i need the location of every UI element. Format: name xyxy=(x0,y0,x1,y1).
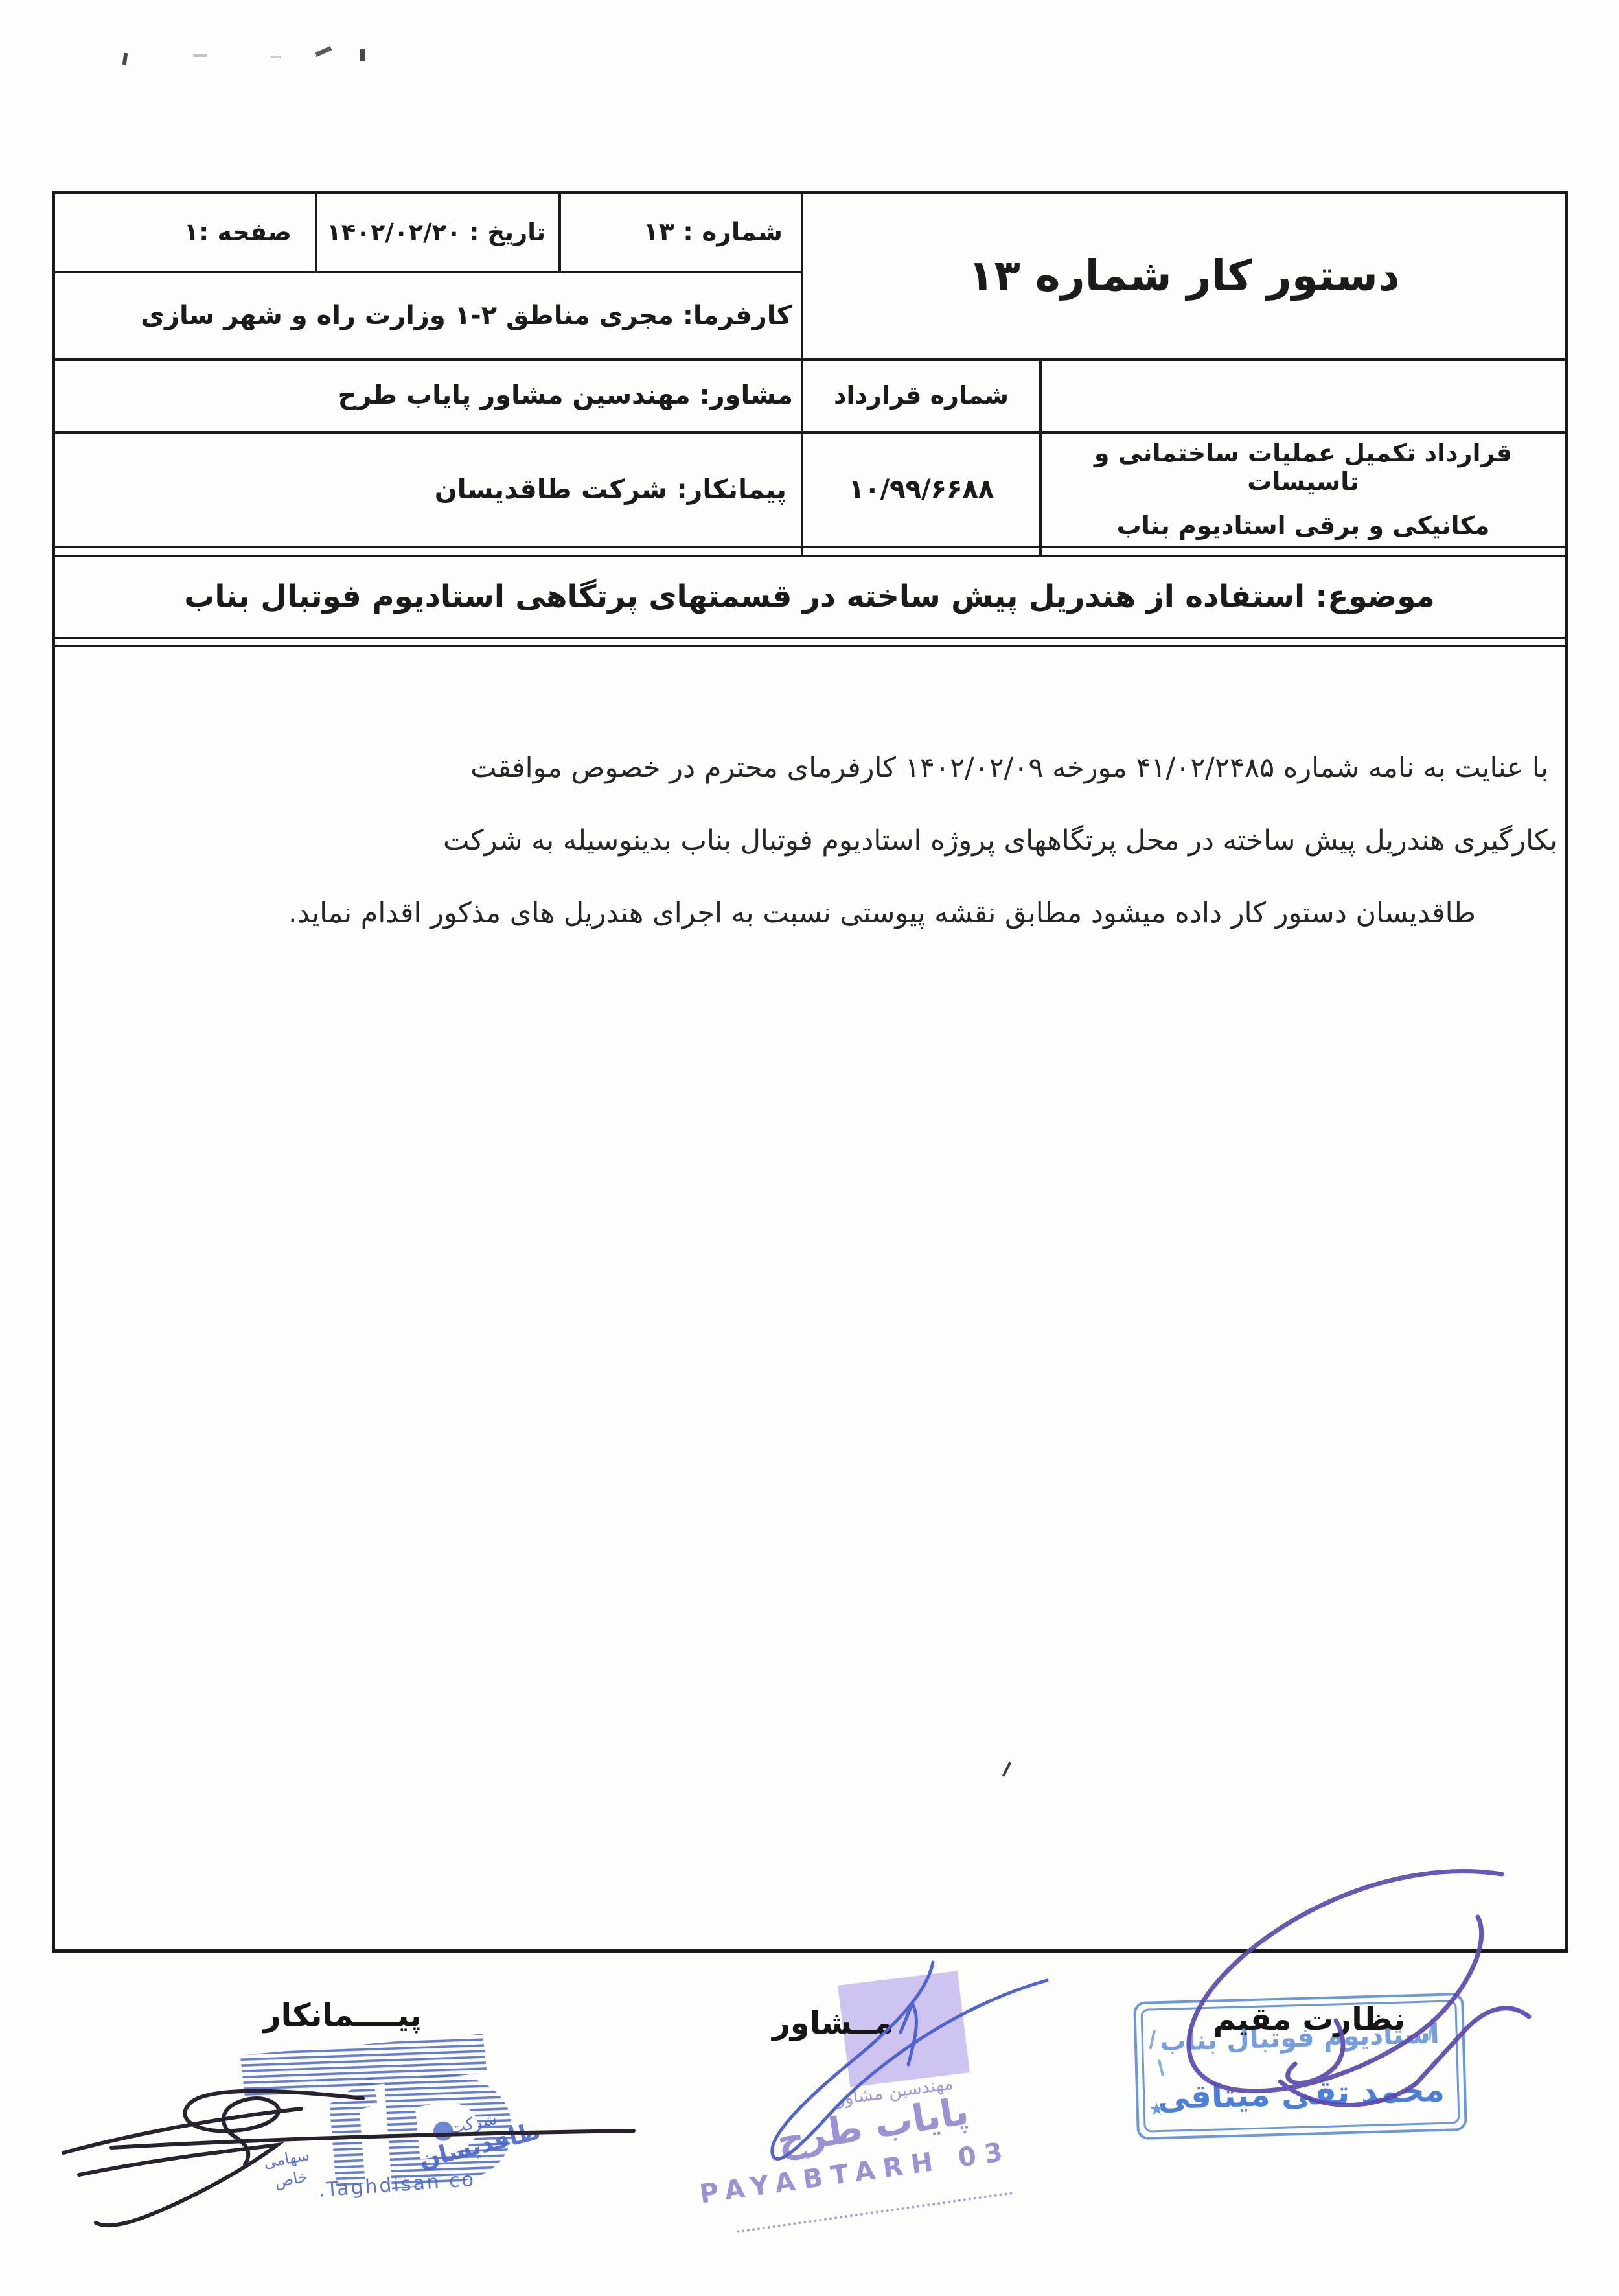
document-title: دستور کار شماره ۱۳ xyxy=(803,194,1565,356)
body-line-1: با عنایت به نامه شماره ۴۱/۰۲/۲۴۸۵ مورخه … xyxy=(470,752,1548,784)
contractor-stamp-co-word: شرکت xyxy=(448,2109,499,2139)
date-cell: تاریخ : ۱۴۰۲/۰۲/۲۰ xyxy=(317,194,558,270)
subject-row: موضوع: استفاده از هندریل پیش ساخته در قس… xyxy=(54,556,1565,636)
table-line xyxy=(54,546,1565,548)
client-cell: کارفرما: مجری مناطق ۲-۱ وزارت راه و شهر … xyxy=(54,273,801,358)
consultant-signature-label: مــشاور xyxy=(772,2005,893,2041)
body-line-2: بکارگیری هندریل پیش ساخته در محل پرتگاهه… xyxy=(443,824,1557,857)
scan-speck xyxy=(193,54,207,57)
body-line-3: طاقدیسان دستور کار داده میشود مطابق نقشه… xyxy=(288,897,1476,929)
contractor-stamp-type2: خاص xyxy=(273,2168,309,2191)
work-order-document: دستور کار شماره ۱۳ شماره : ۱۳ تاریخ : ۱۴… xyxy=(0,0,1619,2296)
page-number-cell: صفحه :۱ xyxy=(54,194,315,270)
star-icon: ★ xyxy=(1149,2100,1164,2120)
table-border-bottom xyxy=(52,1949,1568,1953)
scan-speck xyxy=(271,56,281,58)
stamp-logo-t xyxy=(328,2075,380,2188)
contractor-stamp-name: طاقدیسان xyxy=(416,2116,543,2174)
contract-number-label: شماره قرارداد xyxy=(803,361,1039,430)
contractor-company-stamp: شرکت طاقدیسان سهامی خاص Taghdisan co. xyxy=(240,2032,545,2204)
consultant-cell: مشاور: مهندسین مشاور پایاب طرح xyxy=(54,361,801,430)
order-number-cell: شماره : ۱۳ xyxy=(561,194,801,270)
table-border-right xyxy=(1565,191,1568,1953)
contractor-signature-label: پیــــمانکار xyxy=(263,1997,422,2034)
ink-fleck xyxy=(1002,1761,1011,1776)
table-line xyxy=(54,637,1565,639)
scan-speck xyxy=(315,46,332,57)
contractor-stamp-en-name: Taghdisan co. xyxy=(317,2168,476,2202)
scan-speck xyxy=(122,53,128,65)
table-line xyxy=(54,645,1565,647)
contract-title-line2: مکانیکی و برقی استادیوم بناب xyxy=(1117,511,1490,540)
stamp-logo-d xyxy=(384,2072,514,2190)
resident-supervision-label: نظارت مقیم xyxy=(1213,2001,1405,2037)
stamp-logo-dot xyxy=(433,2121,454,2141)
scan-speck xyxy=(360,49,365,61)
contract-number-value: ۱۰/۹۹/۶۶۸۸ xyxy=(803,434,1039,545)
contractor-signature xyxy=(63,2091,634,2225)
contract-title-cell: قرارداد تکمیل عملیات ساختمانی و تاسیسات … xyxy=(1042,434,1565,545)
stamp-hatch-block xyxy=(240,2034,488,2099)
contractor-stamp-type1: سهامی xyxy=(262,2146,311,2172)
contract-title-line1: قرارداد تکمیل عملیات ساختمانی و تاسیسات xyxy=(1042,439,1565,496)
contractor-cell: پیمانکار: شرکت طاقدیسان xyxy=(54,434,801,545)
